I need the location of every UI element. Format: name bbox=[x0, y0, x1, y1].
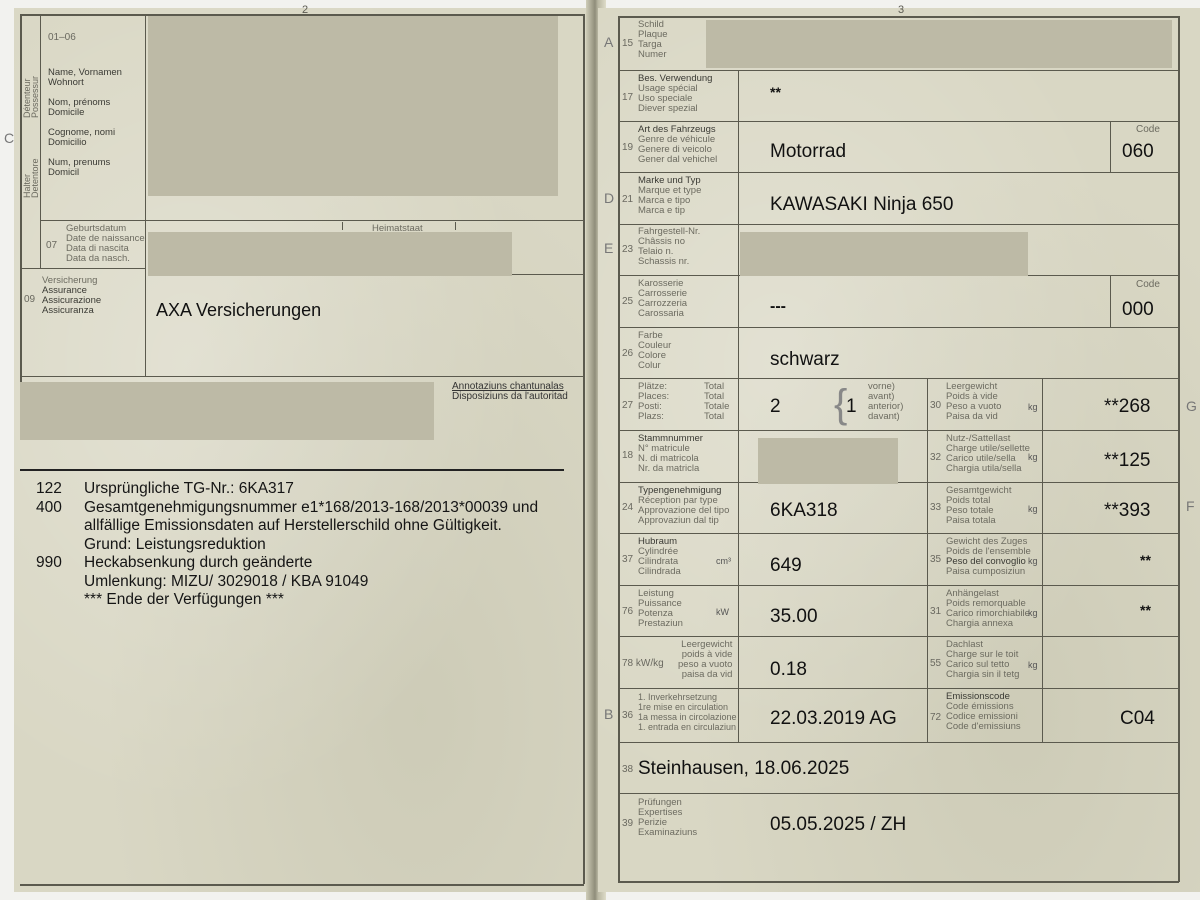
chassis-redacted bbox=[740, 232, 1028, 276]
note-row: 990Heckabsenkung durch geänderte bbox=[36, 554, 538, 573]
side-letter-b: B bbox=[604, 706, 613, 722]
note-row: 400Gesamtgenehmigungsnummer e1*168/2013-… bbox=[36, 499, 538, 518]
authority-labels: Annotaziuns chantunalasDisposiziuns da l… bbox=[452, 382, 568, 402]
f39-labels: PrüfungenExpertisesPerizieExaminaziuns bbox=[638, 798, 697, 838]
f19-number: 19 bbox=[622, 142, 633, 153]
f33-number: 33 bbox=[930, 502, 941, 513]
f18-number: 18 bbox=[622, 450, 633, 461]
f76-unit: kW bbox=[716, 607, 729, 617]
f35-labels: Gewicht des ZugesPoids de l'ensemblePeso… bbox=[946, 537, 1031, 577]
f78-number: 78 kW/kg bbox=[622, 658, 664, 669]
f36-number: 36 bbox=[622, 710, 633, 721]
f17-number: 17 bbox=[622, 92, 633, 103]
f26-labels: FarbeCouleurColoreColur bbox=[638, 331, 671, 371]
trailer-load-value: ** bbox=[1140, 602, 1151, 618]
insurance-value: AXA Versicherungen bbox=[156, 300, 321, 321]
f72-number: 72 bbox=[930, 712, 941, 723]
power-value: 35.00 bbox=[770, 606, 818, 628]
f18-labels: StammnummerN° matriculeN. di matricolaNr… bbox=[638, 434, 703, 474]
displacement-value: 649 bbox=[770, 555, 802, 577]
f31-unit: kg bbox=[1028, 608, 1038, 618]
vehicle-type-code: 060 bbox=[1122, 141, 1154, 163]
vehicle-type-value: Motorrad bbox=[770, 141, 846, 163]
field-01-06-labels: Name, VornamenWohnort Nom, prénomsDomici… bbox=[48, 68, 122, 178]
f26-number: 26 bbox=[622, 348, 633, 359]
f27-total-labels: TotalTotalTotaleTotal bbox=[704, 382, 729, 422]
f30-unit: kg bbox=[1028, 402, 1038, 412]
f35-unit: kg bbox=[1028, 556, 1038, 566]
note-row: 122Ursprüngliche TG-Nr.: 6KA317 bbox=[36, 480, 538, 499]
f38-number: 38 bbox=[622, 764, 633, 775]
f24-number: 24 bbox=[622, 502, 633, 513]
seats-front-value: 1 bbox=[846, 396, 857, 418]
f55-labels: DachlastCharge sur le toitCarico sul tet… bbox=[946, 640, 1019, 680]
f19-labels: Art des FahrzeugsGenre de véhiculeGenere… bbox=[638, 125, 717, 165]
f15-number: 15 bbox=[622, 38, 633, 49]
f25-code-label: Code bbox=[1136, 279, 1160, 290]
f23-labels: Fahrgestell-Nr.Châssis noTelaio n.Schass… bbox=[638, 227, 700, 267]
f33-unit: kg bbox=[1028, 504, 1038, 514]
f32-unit: kg bbox=[1028, 452, 1038, 462]
f31-number: 31 bbox=[930, 606, 941, 617]
power-weight-value: 0.18 bbox=[770, 659, 807, 681]
f39-number: 39 bbox=[622, 818, 633, 829]
f23-number: 23 bbox=[622, 244, 633, 255]
first-registration-value: 22.03.2019 AG bbox=[770, 708, 897, 730]
f76-number: 76 bbox=[622, 606, 633, 617]
side-letter-e: E bbox=[604, 240, 613, 256]
f72-labels: EmissionscodeCode émissionsCodice emissi… bbox=[946, 692, 1021, 732]
page-number-right: 3 bbox=[898, 4, 904, 16]
birthdate-redacted bbox=[148, 232, 512, 276]
f37-labels: HubraumCylindréeCilindrataCilindrada bbox=[638, 537, 681, 577]
f30-labels: LeergewichtPoids à videPeso a vuotoPaisa… bbox=[946, 382, 1001, 422]
f76-labels: LeistungPuissancePotenzaPrestaziun bbox=[638, 589, 683, 629]
field-09-number: 09 bbox=[24, 294, 35, 305]
f21-number: 21 bbox=[622, 194, 633, 205]
issue-place-date-value: Steinhausen, 18.06.2025 bbox=[638, 758, 849, 780]
f17-value: ** bbox=[770, 84, 781, 100]
f30-number: 30 bbox=[930, 400, 941, 411]
f33-labels: GesamtgewichtPoids totalPeso totalePaisa… bbox=[946, 486, 1011, 526]
notes-list: 122Ursprüngliche TG-Nr.: 6KA317 400Gesam… bbox=[36, 480, 538, 610]
side-letter-d: D bbox=[604, 190, 614, 206]
field-07-number: 07 bbox=[46, 240, 57, 251]
make-model-value: KAWASAKI Ninja 650 bbox=[770, 194, 953, 216]
body-code: 000 bbox=[1122, 299, 1154, 321]
body-value: --- bbox=[770, 298, 786, 316]
side-letter-g: G bbox=[1186, 398, 1197, 414]
f55-number: 55 bbox=[930, 658, 941, 669]
train-weight-value: ** bbox=[1140, 552, 1151, 568]
field-07-labels: GeburtsdatumDate de naissanceData di nas… bbox=[66, 224, 145, 264]
f37-number: 37 bbox=[622, 554, 633, 565]
f24-labels: TypengenehmigungRéception par typeApprov… bbox=[638, 486, 729, 526]
plate-redacted bbox=[706, 20, 1172, 68]
holder-name-redacted bbox=[148, 16, 558, 196]
f35-number: 35 bbox=[930, 554, 941, 565]
side-letter-c: C bbox=[4, 130, 14, 146]
empty-weight-value: **268 bbox=[1104, 396, 1151, 418]
holder-label-rm: Possessur bbox=[30, 76, 40, 118]
f32-labels: Nutz-/SattellastCharge utile/selletteCar… bbox=[946, 434, 1030, 474]
f31-labels: AnhängelastPoids remorquableCarico rimor… bbox=[946, 589, 1030, 629]
holder-label-it: Detentore bbox=[30, 158, 40, 198]
f25-labels: KarosserieCarrosserieCarrozzeriaCarossar… bbox=[638, 279, 687, 319]
total-weight-value: **393 bbox=[1104, 500, 1151, 522]
f27-labels: Plätze:Places:Posti:Plazs: bbox=[638, 382, 669, 422]
f25-number: 25 bbox=[622, 296, 633, 307]
side-letter-f: F bbox=[1186, 498, 1195, 514]
f15-labels: SchildPlaqueTargaNumer bbox=[638, 20, 668, 60]
f27-number: 27 bbox=[622, 400, 633, 411]
f27-front-labels: vorne)avant)anterior)davant) bbox=[868, 382, 903, 422]
field-09-labels: VersicherungAssuranceAssicurazioneAssicu… bbox=[42, 276, 101, 316]
type-approval-value: 6KA318 bbox=[770, 500, 838, 522]
f32-number: 32 bbox=[930, 452, 941, 463]
f37-unit: cm³ bbox=[716, 556, 731, 566]
seats-total-value: 2 bbox=[770, 396, 781, 418]
authority-notes-redacted bbox=[20, 382, 434, 440]
matriculation-redacted bbox=[758, 438, 898, 484]
f19-code-label: Code bbox=[1136, 124, 1160, 135]
inspection-value: 05.05.2025 / ZH bbox=[770, 814, 906, 836]
side-letter-a: A bbox=[604, 34, 613, 50]
color-value: schwarz bbox=[770, 349, 840, 371]
payload-value: **125 bbox=[1104, 450, 1151, 472]
f78-labels: Leergewichtpoids à videpeso a vuotopaisa… bbox=[678, 640, 732, 680]
f17-labels: Bes. VerwendungUsage spécialUso speciale… bbox=[638, 74, 712, 114]
emission-code-value: C04 bbox=[1120, 708, 1155, 730]
f36-labels: 1. Inverkehrsetzung1re mise en circulati… bbox=[638, 692, 737, 732]
field-01-06-number: 01–06 bbox=[48, 32, 76, 43]
f21-labels: Marke und TypMarque et typeMarca e tipoM… bbox=[638, 176, 701, 216]
f55-unit: kg bbox=[1028, 660, 1038, 670]
